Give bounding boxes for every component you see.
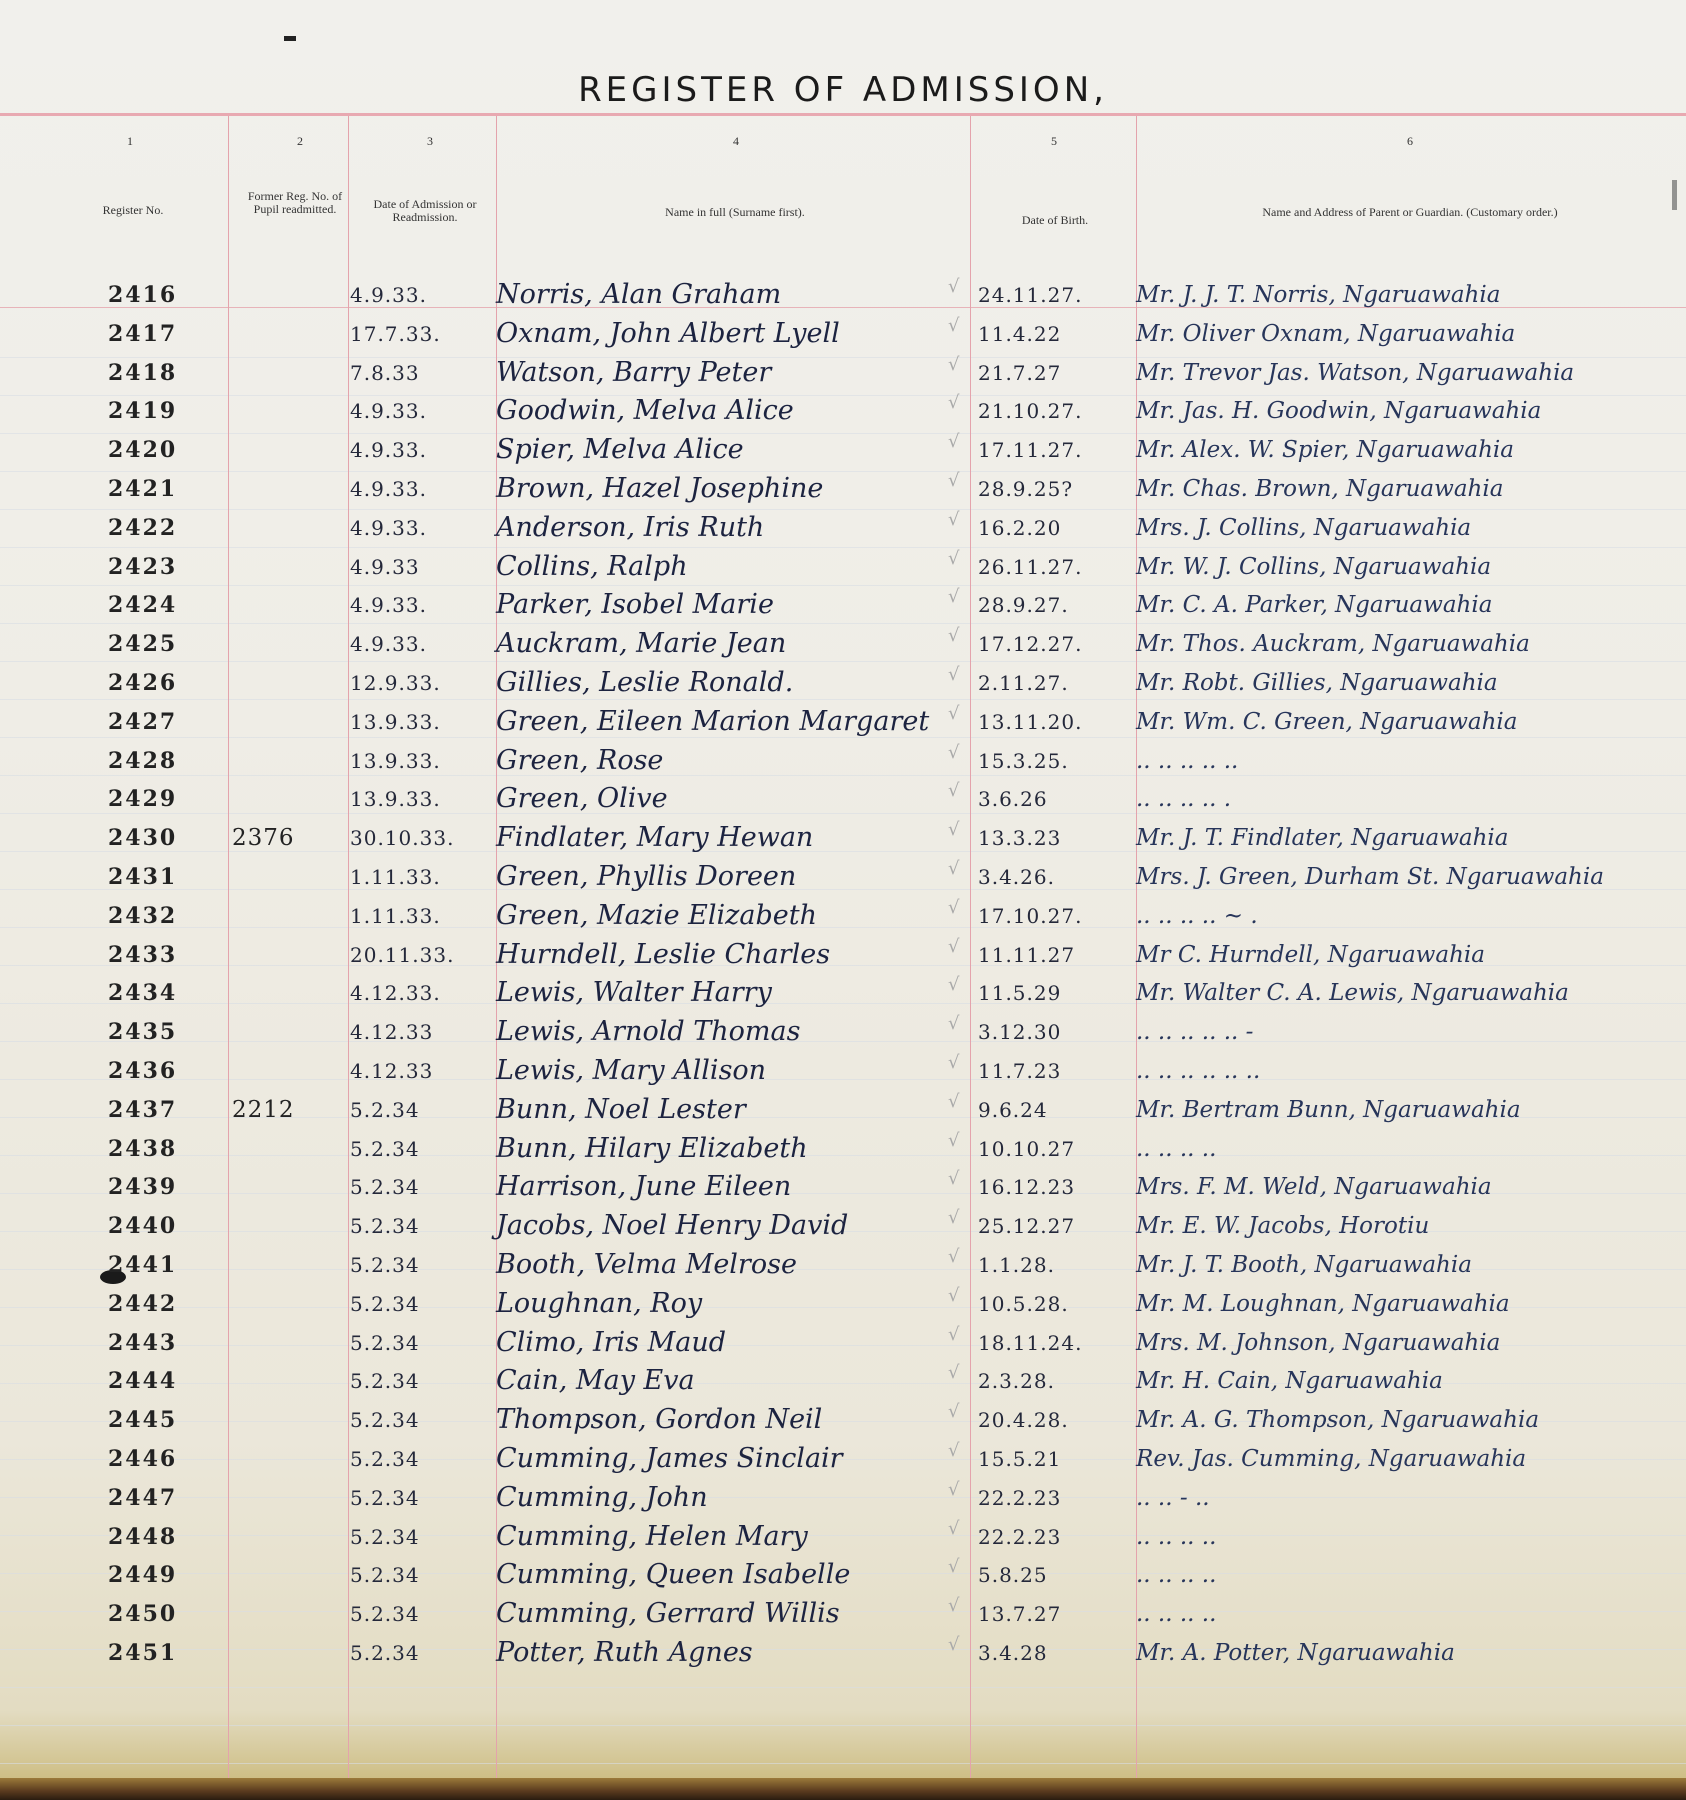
column-number-3: 3 bbox=[400, 134, 460, 149]
check-mark-icon: √ bbox=[948, 664, 959, 685]
former-register-number: 2212 bbox=[232, 1091, 342, 1129]
date-of-birth: 21.10.27. bbox=[978, 392, 1128, 430]
check-mark-icon: √ bbox=[948, 1401, 959, 1422]
table-row: 24465.2.34Cumming, James Sinclair15.5.21… bbox=[0, 1440, 1686, 1478]
register-number: 2434 bbox=[108, 974, 228, 1012]
pupil-name: Goodwin, Melva Alice bbox=[496, 392, 966, 430]
pupil-name: Norris, Alan Graham bbox=[496, 276, 966, 314]
column-heading-former-reg: Former Reg. No. of Pupil readmitted. bbox=[245, 190, 345, 216]
parent-guardian: Mr. A. G. Thompson, Ngaruawahia bbox=[1136, 1401, 1686, 1439]
pupil-name: Green, Olive bbox=[496, 780, 966, 818]
table-row: 24214.9.33.Brown, Hazel Josephine28.9.25… bbox=[0, 470, 1686, 508]
date-of-birth: 16.12.23 bbox=[978, 1168, 1128, 1206]
check-mark-icon: √ bbox=[948, 509, 959, 530]
pupil-name: Hurndell, Leslie Charles bbox=[496, 936, 966, 974]
register-number: 2438 bbox=[108, 1130, 228, 1168]
admission-date: 5.2.34 bbox=[350, 1168, 500, 1206]
table-row: 243722125.2.34Bunn, Noel Lester9.6.24Mr.… bbox=[0, 1091, 1686, 1129]
date-of-birth: 11.4.22 bbox=[978, 315, 1128, 353]
check-mark-icon: √ bbox=[948, 431, 959, 452]
column-number-1: 1 bbox=[100, 134, 160, 149]
table-row: 24344.12.33.Lewis, Walter Harry11.5.29Mr… bbox=[0, 974, 1686, 1012]
pupil-name: Collins, Ralph bbox=[496, 548, 966, 586]
table-row: 241717.7.33.Oxnam, John Albert Lyell11.4… bbox=[0, 315, 1686, 353]
date-of-birth: 17.11.27. bbox=[978, 431, 1128, 469]
ink-mark bbox=[284, 36, 296, 41]
check-mark-icon: √ bbox=[948, 625, 959, 646]
register-number: 2423 bbox=[108, 548, 228, 586]
pupil-name: Oxnam, John Albert Lyell bbox=[496, 315, 966, 353]
parent-guardian: .. .. .. .. ~ . bbox=[1136, 897, 1686, 935]
pupil-name: Thompson, Gordon Neil bbox=[496, 1401, 966, 1439]
check-mark-icon: √ bbox=[948, 974, 959, 995]
pupil-name: Green, Rose bbox=[496, 742, 966, 780]
table-row: 24505.2.34Cumming, Gerrard Willis13.7.27… bbox=[0, 1595, 1686, 1633]
table-row: 242813.9.33.Green, Rose15.3.25... .. .. … bbox=[0, 742, 1686, 780]
date-of-birth: 10.10.27 bbox=[978, 1130, 1128, 1168]
register-number: 2433 bbox=[108, 936, 228, 974]
check-mark-icon: √ bbox=[948, 315, 959, 336]
admission-date: 5.2.34 bbox=[350, 1362, 500, 1400]
table-row: 24445.2.34Cain, May Eva2.3.28.Mr. H. Cai… bbox=[0, 1362, 1686, 1400]
check-mark-icon: √ bbox=[948, 1595, 959, 1616]
register-number: 2448 bbox=[108, 1518, 228, 1556]
admission-date: 5.2.34 bbox=[350, 1440, 500, 1478]
admission-date: 5.2.34 bbox=[350, 1324, 500, 1362]
register-number: 2441 bbox=[108, 1246, 228, 1284]
register-number: 2417 bbox=[108, 315, 228, 353]
parent-guardian: .. .. - .. bbox=[1136, 1479, 1686, 1517]
check-mark-icon: √ bbox=[948, 1246, 959, 1267]
date-of-birth: 26.11.27. bbox=[978, 548, 1128, 586]
register-number: 2443 bbox=[108, 1324, 228, 1362]
pupil-name: Bunn, Hilary Elizabeth bbox=[496, 1130, 966, 1168]
admission-date: 20.11.33. bbox=[350, 936, 500, 974]
admission-date: 4.12.33 bbox=[350, 1013, 500, 1051]
check-mark-icon: √ bbox=[948, 470, 959, 491]
parent-guardian: Mr. Chas. Brown, Ngaruawahia bbox=[1136, 470, 1686, 508]
table-row: 24254.9.33.Auckram, Marie Jean17.12.27.M… bbox=[0, 625, 1686, 663]
date-of-birth: 24.11.27. bbox=[978, 276, 1128, 314]
admission-date: 5.2.34 bbox=[350, 1595, 500, 1633]
table-row: 24485.2.34Cumming, Helen Mary22.2.23.. .… bbox=[0, 1518, 1686, 1556]
pupil-name: Cumming, Queen Isabelle bbox=[496, 1556, 966, 1594]
date-of-birth: 17.12.27. bbox=[978, 625, 1128, 663]
register-number: 2422 bbox=[108, 509, 228, 547]
pupil-name: Climo, Iris Maud bbox=[496, 1324, 966, 1362]
date-of-birth: 28.9.27. bbox=[978, 586, 1128, 624]
check-mark-icon: √ bbox=[948, 780, 959, 801]
table-row: 243320.11.33.Hurndell, Leslie Charles11.… bbox=[0, 936, 1686, 974]
table-row: 24515.2.34Potter, Ruth Agnes3.4.28Mr. A.… bbox=[0, 1634, 1686, 1672]
check-mark-icon: √ bbox=[948, 1324, 959, 1345]
admission-date: 4.12.33. bbox=[350, 974, 500, 1012]
date-of-birth: 2.3.28. bbox=[978, 1362, 1128, 1400]
parent-guardian: Mr. Thos. Auckram, Ngaruawahia bbox=[1136, 625, 1686, 663]
parent-guardian: Rev. Jas. Cumming, Ngaruawahia bbox=[1136, 1440, 1686, 1478]
pupil-name: Lewis, Walter Harry bbox=[496, 974, 966, 1012]
check-mark-icon: √ bbox=[948, 936, 959, 957]
date-of-birth: 3.12.30 bbox=[978, 1013, 1128, 1051]
date-of-birth: 16.2.20 bbox=[978, 509, 1128, 547]
pupil-name: Watson, Barry Peter bbox=[496, 354, 966, 392]
parent-guardian: .. .. .. .. . bbox=[1136, 780, 1686, 818]
pupil-name: Jacobs, Noel Henry David bbox=[496, 1207, 966, 1245]
check-mark-icon: √ bbox=[948, 392, 959, 413]
date-of-birth: 11.7.23 bbox=[978, 1052, 1128, 1090]
admission-date: 5.2.34 bbox=[350, 1130, 500, 1168]
parent-guardian: Mrs. F. M. Weld, Ngaruawahia bbox=[1136, 1168, 1686, 1206]
register-number: 2418 bbox=[108, 354, 228, 392]
register-number: 2440 bbox=[108, 1207, 228, 1245]
date-of-birth: 22.2.23 bbox=[978, 1518, 1128, 1556]
register-number: 2416 bbox=[108, 276, 228, 314]
pupil-name: Bunn, Noel Lester bbox=[496, 1091, 966, 1129]
check-mark-icon: √ bbox=[948, 703, 959, 724]
check-mark-icon: √ bbox=[948, 1207, 959, 1228]
pupil-name: Harrison, June Eileen bbox=[496, 1168, 966, 1206]
parent-guardian: Mr. Oliver Oxnam, Ngaruawahia bbox=[1136, 315, 1686, 353]
parent-guardian: Mr. A. Potter, Ngaruawahia bbox=[1136, 1634, 1686, 1672]
admission-date: 5.2.34 bbox=[350, 1246, 500, 1284]
table-row: 24475.2.34Cumming, John22.2.23.. .. - ..… bbox=[0, 1479, 1686, 1517]
parent-guardian: .. .. .. .. .. .. bbox=[1136, 1052, 1686, 1090]
table-row: 24164.9.33.Norris, Alan Graham24.11.27.M… bbox=[0, 276, 1686, 314]
table-row: 24204.9.33.Spier, Melva Alice17.11.27.Mr… bbox=[0, 431, 1686, 469]
admission-date: 13.9.33. bbox=[350, 703, 500, 741]
date-of-birth: 17.10.27. bbox=[978, 897, 1128, 935]
check-mark-icon: √ bbox=[948, 276, 959, 297]
pupil-name: Anderson, Iris Ruth bbox=[496, 509, 966, 547]
register-number: 2444 bbox=[108, 1362, 228, 1400]
check-mark-icon: √ bbox=[948, 548, 959, 569]
register-number: 2419 bbox=[108, 392, 228, 430]
register-number: 2425 bbox=[108, 625, 228, 663]
parent-guardian: .. .. .. .. bbox=[1136, 1130, 1686, 1168]
table-row: 24234.9.33Collins, Ralph26.11.27.Mr. W. … bbox=[0, 548, 1686, 586]
parent-guardian: Mr. C. A. Parker, Ngaruawahia bbox=[1136, 586, 1686, 624]
date-of-birth: 10.5.28. bbox=[978, 1285, 1128, 1323]
admission-date: 4.9.33. bbox=[350, 509, 500, 547]
pupil-name: Gillies, Leslie Ronald. bbox=[496, 664, 966, 702]
parent-guardian: .. .. .. .. bbox=[1136, 1595, 1686, 1633]
admission-date: 5.2.34 bbox=[350, 1634, 500, 1672]
table-row: 24244.9.33.Parker, Isobel Marie28.9.27.M… bbox=[0, 586, 1686, 624]
date-of-birth: 15.5.21 bbox=[978, 1440, 1128, 1478]
admission-date: 12.9.33. bbox=[350, 664, 500, 702]
admission-date: 1.11.33. bbox=[350, 858, 500, 896]
table-row: 242713.9.33.Green, Eileen Marion Margare… bbox=[0, 703, 1686, 741]
register-number: 2427 bbox=[108, 703, 228, 741]
pupil-name: Green, Eileen Marion Margaret bbox=[496, 703, 966, 741]
table-row: 24395.2.34Harrison, June Eileen16.12.23M… bbox=[0, 1168, 1686, 1206]
date-of-birth: 13.3.23 bbox=[978, 819, 1128, 857]
column-heading-parent: Name and Address of Parent or Guardian. … bbox=[1220, 206, 1600, 219]
admission-date: 4.9.33. bbox=[350, 276, 500, 314]
date-of-birth: 28.9.25? bbox=[978, 470, 1128, 508]
table-row: 24385.2.34Bunn, Hilary Elizabeth10.10.27… bbox=[0, 1130, 1686, 1168]
date-of-birth: 13.11.20. bbox=[978, 703, 1128, 741]
pupil-name: Green, Mazie Elizabeth bbox=[496, 897, 966, 935]
table-row: 24364.12.33Lewis, Mary Allison11.7.23.. … bbox=[0, 1052, 1686, 1090]
column-heading-name: Name in full (Surname first). bbox=[660, 206, 810, 219]
admission-date: 17.7.33. bbox=[350, 315, 500, 353]
table-row: 24354.12.33Lewis, Arnold Thomas3.12.30..… bbox=[0, 1013, 1686, 1051]
table-row: 24425.2.34Loughnan, Roy10.5.28.Mr. M. Lo… bbox=[0, 1285, 1686, 1323]
check-mark-icon: √ bbox=[948, 742, 959, 763]
pupil-name: Lewis, Mary Allison bbox=[496, 1052, 966, 1090]
table-row: 24311.11.33.Green, Phyllis Doreen3.4.26.… bbox=[0, 858, 1686, 896]
check-mark-icon: √ bbox=[948, 586, 959, 607]
parent-guardian: Mr. H. Cain, Ngaruawahia bbox=[1136, 1362, 1686, 1400]
admission-date: 5.2.34 bbox=[350, 1207, 500, 1245]
table-row: 24194.9.33.Goodwin, Melva Alice21.10.27.… bbox=[0, 392, 1686, 430]
parent-guardian: Mrs. M. Johnson, Ngaruawahia bbox=[1136, 1324, 1686, 1362]
date-of-birth: 11.5.29 bbox=[978, 974, 1128, 1012]
admission-date: 5.2.34 bbox=[350, 1091, 500, 1129]
pupil-name: Cumming, James Sinclair bbox=[496, 1440, 966, 1478]
register-number: 2424 bbox=[108, 586, 228, 624]
check-mark-icon: √ bbox=[948, 897, 959, 918]
register-page: REGISTER OF ADMISSION, 1 2 3 4 5 6 Regis… bbox=[0, 0, 1686, 1800]
register-number: 2428 bbox=[108, 742, 228, 780]
table-row: 24224.9.33.Anderson, Iris Ruth16.2.20Mrs… bbox=[0, 509, 1686, 547]
register-number: 2421 bbox=[108, 470, 228, 508]
pupil-name: Lewis, Arnold Thomas bbox=[496, 1013, 966, 1051]
admission-date: 4.9.33. bbox=[350, 392, 500, 430]
pupil-name: Cumming, Helen Mary bbox=[496, 1518, 966, 1556]
admission-date: 4.9.33 bbox=[350, 548, 500, 586]
pupil-name: Parker, Isobel Marie bbox=[496, 586, 966, 624]
pupil-name: Brown, Hazel Josephine bbox=[496, 470, 966, 508]
date-of-birth: 15.3.25. bbox=[978, 742, 1128, 780]
table-row: 24415.2.34Booth, Velma Melrose1.1.28.Mr.… bbox=[0, 1246, 1686, 1284]
date-of-birth: 3.6.26 bbox=[978, 780, 1128, 818]
parent-guardian: Mr. M. Loughnan, Ngaruawahia bbox=[1136, 1285, 1686, 1323]
table-row: 24321.11.33.Green, Mazie Elizabeth17.10.… bbox=[0, 897, 1686, 935]
column-number-5: 5 bbox=[1024, 134, 1084, 149]
column-number-6: 6 bbox=[1380, 134, 1440, 149]
column-heading-dob: Date of Birth. bbox=[990, 214, 1120, 227]
parent-guardian: Mr. Bertram Bunn, Ngaruawahia bbox=[1136, 1091, 1686, 1129]
admission-date: 13.9.33. bbox=[350, 780, 500, 818]
register-number: 2432 bbox=[108, 897, 228, 935]
register-number: 2449 bbox=[108, 1556, 228, 1594]
parent-guardian: Mr. W. J. Collins, Ngaruawahia bbox=[1136, 548, 1686, 586]
admission-date: 30.10.33. bbox=[350, 819, 500, 857]
margin-annotation bbox=[1672, 180, 1677, 210]
table-row: 242612.9.33.Gillies, Leslie Ronald.2.11.… bbox=[0, 664, 1686, 702]
date-of-birth: 1.1.28. bbox=[978, 1246, 1128, 1284]
parent-guardian: Mrs. J. Collins, Ngaruawahia bbox=[1136, 509, 1686, 547]
parent-guardian: .. .. .. .. .. bbox=[1136, 742, 1686, 780]
pupil-name: Cumming, John bbox=[496, 1479, 966, 1517]
check-mark-icon: √ bbox=[948, 1052, 959, 1073]
register-number: 2451 bbox=[108, 1634, 228, 1672]
register-number: 2420 bbox=[108, 431, 228, 469]
date-of-birth: 18.11.24. bbox=[978, 1324, 1128, 1362]
check-mark-icon: √ bbox=[948, 1285, 959, 1306]
table-row: 24495.2.34Cumming, Queen Isabelle5.8.25.… bbox=[0, 1556, 1686, 1594]
check-mark-icon: √ bbox=[948, 1013, 959, 1034]
register-number: 2442 bbox=[108, 1285, 228, 1323]
check-mark-icon: √ bbox=[948, 1091, 959, 1112]
former-register-number: 2376 bbox=[232, 819, 342, 857]
pupil-name: Loughnan, Roy bbox=[496, 1285, 966, 1323]
parent-guardian: Mr. Jas. H. Goodwin, Ngaruawahia bbox=[1136, 392, 1686, 430]
date-of-birth: 13.7.27 bbox=[978, 1595, 1128, 1633]
check-mark-icon: √ bbox=[948, 1518, 959, 1539]
date-of-birth: 9.6.24 bbox=[978, 1091, 1128, 1129]
check-mark-icon: √ bbox=[948, 354, 959, 375]
parent-guardian: Mr. Walter C. A. Lewis, Ngaruawahia bbox=[1136, 974, 1686, 1012]
date-of-birth: 2.11.27. bbox=[978, 664, 1128, 702]
date-of-birth: 3.4.26. bbox=[978, 858, 1128, 896]
parent-guardian: Mr. Trevor Jas. Watson, Ngaruawahia bbox=[1136, 354, 1686, 392]
admission-date: 4.9.33. bbox=[350, 625, 500, 663]
register-number: 2447 bbox=[108, 1479, 228, 1517]
admission-date: 5.2.34 bbox=[350, 1556, 500, 1594]
register-number: 2437 bbox=[108, 1091, 228, 1129]
admission-date: 5.2.34 bbox=[350, 1401, 500, 1439]
header-rule bbox=[0, 113, 1686, 116]
date-of-birth: 20.4.28. bbox=[978, 1401, 1128, 1439]
check-mark-icon: √ bbox=[948, 1168, 959, 1189]
date-of-birth: 21.7.27 bbox=[978, 354, 1128, 392]
admission-date: 4.9.33. bbox=[350, 586, 500, 624]
parent-guardian: Mrs. J. Green, Durham St. Ngaruawahia bbox=[1136, 858, 1686, 896]
table-row: 242913.9.33.Green, Olive3.6.26.. .. .. .… bbox=[0, 780, 1686, 818]
admission-date: 1.11.33. bbox=[350, 897, 500, 935]
date-of-birth: 25.12.27 bbox=[978, 1207, 1128, 1245]
check-mark-icon: √ bbox=[948, 1556, 959, 1577]
pupil-name: Auckram, Marie Jean bbox=[496, 625, 966, 663]
table-row: 24455.2.34Thompson, Gordon Neil20.4.28.M… bbox=[0, 1401, 1686, 1439]
admission-date: 5.2.34 bbox=[350, 1479, 500, 1517]
admission-date: 4.9.33. bbox=[350, 470, 500, 508]
parent-guardian: .. .. .. .. bbox=[1136, 1556, 1686, 1594]
register-number: 2431 bbox=[108, 858, 228, 896]
date-of-birth: 5.8.25 bbox=[978, 1556, 1128, 1594]
table-row: 24405.2.34Jacobs, Noel Henry David25.12.… bbox=[0, 1207, 1686, 1245]
table-row: 24187.8.33Watson, Barry Peter21.7.27Mr. … bbox=[0, 354, 1686, 392]
column-heading-register-no: Register No. bbox=[98, 204, 168, 217]
date-of-birth: 11.11.27 bbox=[978, 936, 1128, 974]
admission-date: 4.12.33 bbox=[350, 1052, 500, 1090]
parent-guardian: .. .. .. .. .. - bbox=[1136, 1013, 1686, 1051]
admission-date: 13.9.33. bbox=[350, 742, 500, 780]
parent-guardian: Mr. Wm. C. Green, Ngaruawahia bbox=[1136, 703, 1686, 741]
register-number: 2426 bbox=[108, 664, 228, 702]
check-mark-icon: √ bbox=[948, 1440, 959, 1461]
column-number-4: 4 bbox=[706, 134, 766, 149]
admission-date: 5.2.34 bbox=[350, 1518, 500, 1556]
register-number: 2429 bbox=[108, 780, 228, 818]
check-mark-icon: √ bbox=[948, 1479, 959, 1500]
parent-guardian: Mr. Alex. W. Spier, Ngaruawahia bbox=[1136, 431, 1686, 469]
admission-date: 4.9.33. bbox=[350, 431, 500, 469]
date-of-birth: 3.4.28 bbox=[978, 1634, 1128, 1672]
parent-guardian: Mr. J. T. Booth, Ngaruawahia bbox=[1136, 1246, 1686, 1284]
check-mark-icon: √ bbox=[948, 858, 959, 879]
date-of-birth: 22.2.23 bbox=[978, 1479, 1128, 1517]
parent-guardian: Mr. Robt. Gillies, Ngaruawahia bbox=[1136, 664, 1686, 702]
pupil-name: Cumming, Gerrard Willis bbox=[496, 1595, 966, 1633]
pupil-name: Spier, Melva Alice bbox=[496, 431, 966, 469]
check-mark-icon: √ bbox=[948, 1634, 959, 1655]
register-number: 2436 bbox=[108, 1052, 228, 1090]
register-number: 2446 bbox=[108, 1440, 228, 1478]
parent-guardian: Mr C. Hurndell, Ngaruawahia bbox=[1136, 936, 1686, 974]
pupil-name: Cain, May Eva bbox=[496, 1362, 966, 1400]
pupil-name: Potter, Ruth Agnes bbox=[496, 1634, 966, 1672]
check-mark-icon: √ bbox=[948, 1130, 959, 1151]
register-number: 2430 bbox=[108, 819, 228, 857]
table-row: 24435.2.34Climo, Iris Maud18.11.24.Mrs. … bbox=[0, 1324, 1686, 1362]
parent-guardian: .. .. .. .. bbox=[1136, 1518, 1686, 1556]
check-mark-icon: √ bbox=[948, 819, 959, 840]
parent-guardian: Mr. J. J. T. Norris, Ngaruawahia bbox=[1136, 276, 1686, 314]
parent-guardian: Mr. J. T. Findlater, Ngaruawahia bbox=[1136, 819, 1686, 857]
column-heading-admission-date: Date of Admission or Readmission. bbox=[370, 198, 480, 224]
check-mark-icon: √ bbox=[948, 1362, 959, 1383]
admission-date: 5.2.34 bbox=[350, 1285, 500, 1323]
register-number: 2445 bbox=[108, 1401, 228, 1439]
pupil-name: Booth, Velma Melrose bbox=[496, 1246, 966, 1284]
register-number: 2439 bbox=[108, 1168, 228, 1206]
admission-date: 7.8.33 bbox=[350, 354, 500, 392]
table-row: 2430237630.10.33.Findlater, Mary Hewan13… bbox=[0, 819, 1686, 857]
register-number: 2435 bbox=[108, 1013, 228, 1051]
register-number: 2450 bbox=[108, 1595, 228, 1633]
page-title: REGISTER OF ADMISSION, bbox=[0, 70, 1686, 110]
pupil-name: Green, Phyllis Doreen bbox=[496, 858, 966, 896]
parent-guardian: Mr. E. W. Jacobs, Horotiu bbox=[1136, 1207, 1686, 1245]
pupil-name: Findlater, Mary Hewan bbox=[496, 819, 966, 857]
column-number-2: 2 bbox=[270, 134, 330, 149]
